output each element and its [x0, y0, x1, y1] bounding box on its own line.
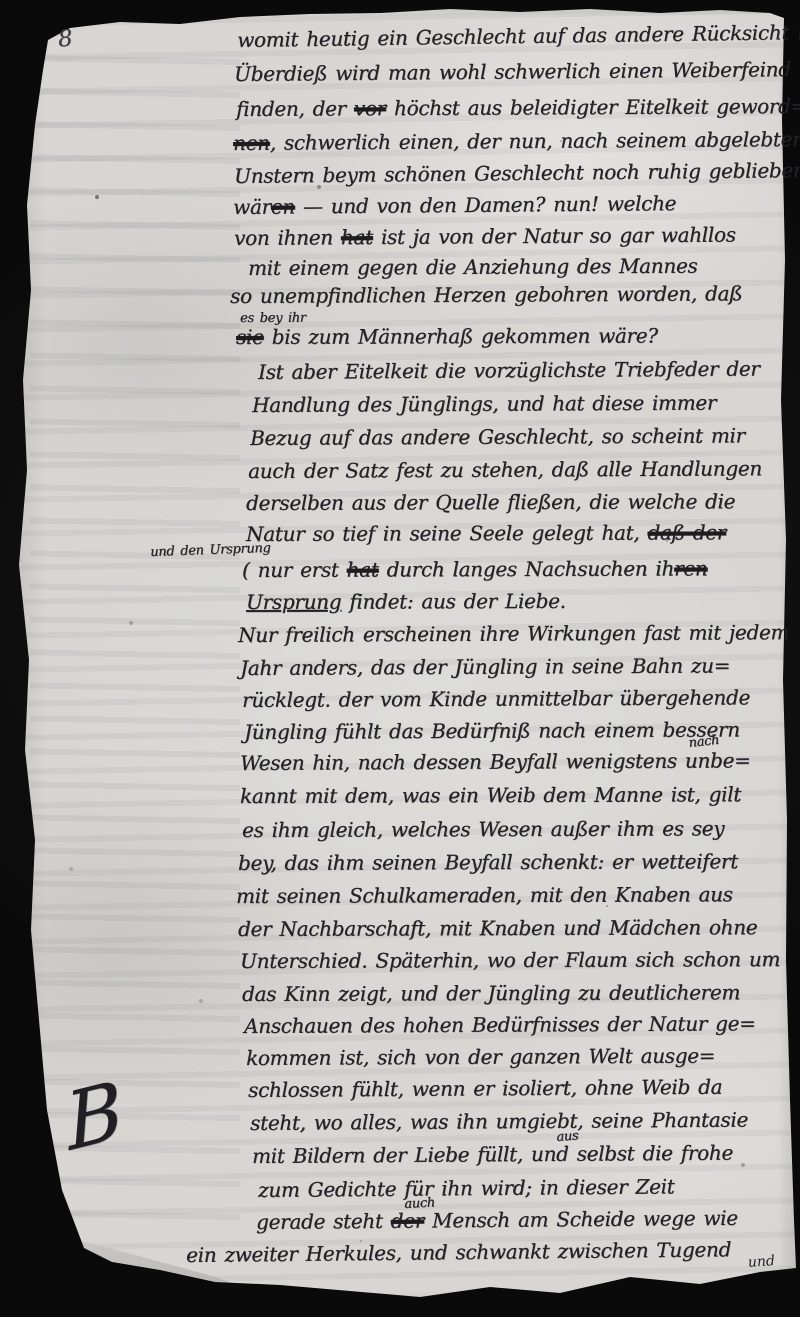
manuscript-line: schlossen fühlt, wenn er isoliert, ohne … [248, 1077, 722, 1100]
manuscript-line: Nur freilich erscheinen ihre Wirkungen f… [238, 622, 789, 645]
catchword: und [747, 1253, 775, 1271]
manuscript-line: das Kinn zeigt, und der Jüngling zu deut… [242, 982, 740, 1004]
manuscript-line: Natur so tief in seine Seele gelegt hat,… [246, 522, 726, 544]
manuscript-line: Bezug auf das andere Geschlecht, so sche… [250, 425, 745, 448]
manuscript-line: kommen ist, sich von der ganzen Welt aus… [246, 1046, 715, 1068]
manuscript-line: womit heutig ein Geschlecht auf das ande… [237, 21, 800, 50]
manuscript-line: es ihm gleich, welches Wesen außer ihm e… [242, 818, 724, 840]
manuscript-line: bey, das ihm seinen Beyfall schenkt: er … [238, 851, 738, 873]
manuscript-line: Jüngling fühlt das Bedürfniß nach einem … [244, 719, 740, 742]
manuscript-line: Unstern beym schönen Geschlecht noch ruh… [234, 160, 800, 186]
manuscript-line: auch der Satz fest zu stehen, daß alle H… [248, 458, 762, 481]
manuscript-line: Handlung des Jünglings, und hat diese im… [252, 393, 716, 415]
manuscript-line: mit seinen Schulkameraden, mit den Knabe… [236, 884, 733, 906]
interlinear-insertion: es bey ihr [240, 312, 306, 325]
interlinear-insertion: nach [688, 734, 720, 750]
manuscript-line: steht, wo alles, was ihn umgiebt, seine … [250, 1110, 748, 1133]
manuscript-line: nen, schwerlich einen, der nun, nach sei… [233, 129, 800, 153]
manuscript-line: Unterschied. Späterhin, wo der Flaum sic… [240, 949, 780, 971]
manuscript-line: Jahr anders, das der Jüngling in seine B… [240, 655, 730, 678]
manuscript-line: derselben aus der Quelle fließen, die we… [246, 491, 735, 513]
manuscript-line: so unempfindlichen Herzen gebohren worde… [230, 283, 742, 306]
handwriting-layer: womit heutig ein Geschlecht auf das ande… [0, 0, 800, 1317]
manuscript-line: mit Bildern der Liebe füllt, und selbst … [252, 1143, 733, 1166]
manuscript-line: von ihnen hat ist ja von der Natur so ga… [234, 224, 736, 248]
manuscript-line: Ursprung findet: aus der Liebe. [246, 591, 566, 612]
manuscript-line: der Nachbarschaft, mit Knaben und Mädche… [238, 917, 757, 939]
manuscript-line: gerade steht der Mensch am Scheide wege … [256, 1208, 738, 1232]
manuscript-line: wären — und von den Damen? nun! welche [233, 193, 676, 217]
manuscript-line: mit einem gegen die Anziehung des Mannes [248, 256, 697, 278]
manuscript-line: ein zweiter Herkules, und schwankt zwisc… [186, 1239, 731, 1265]
manuscript-line: Ist aber Eitelkeit die vorzüglichste Tri… [258, 358, 760, 382]
manuscript-line: Anschauen des hohen Bedürfnisses der Nat… [244, 1013, 756, 1036]
manuscript-line: sie bis zum Männerhaß gekommen wäre? [236, 326, 658, 347]
manuscript-line: Wesen hin, nach dessen Beyfall wenigsten… [240, 750, 751, 773]
manuscript-line: Überdieß wird man wohl schwerlich einen … [234, 59, 791, 84]
marginal-note: und den Ursprung [150, 542, 271, 559]
manuscript-line: ( nur erst hat durch langes Nachsuchen i… [242, 558, 708, 580]
manuscript-line: finden, der vor höchst aus beleidigter E… [236, 96, 800, 119]
manuscript-line: kannt mit dem, was ein Weib dem Manne is… [240, 784, 741, 806]
manuscript-scan: 8 B womit heutig ein Geschlecht auf das … [0, 0, 800, 1317]
manuscript-line: rücklegt. der vom Kinde unmittelbar über… [242, 687, 750, 710]
manuscript-line: zum Gedichte für ihn wird; in dieser Zei… [258, 1176, 674, 1200]
